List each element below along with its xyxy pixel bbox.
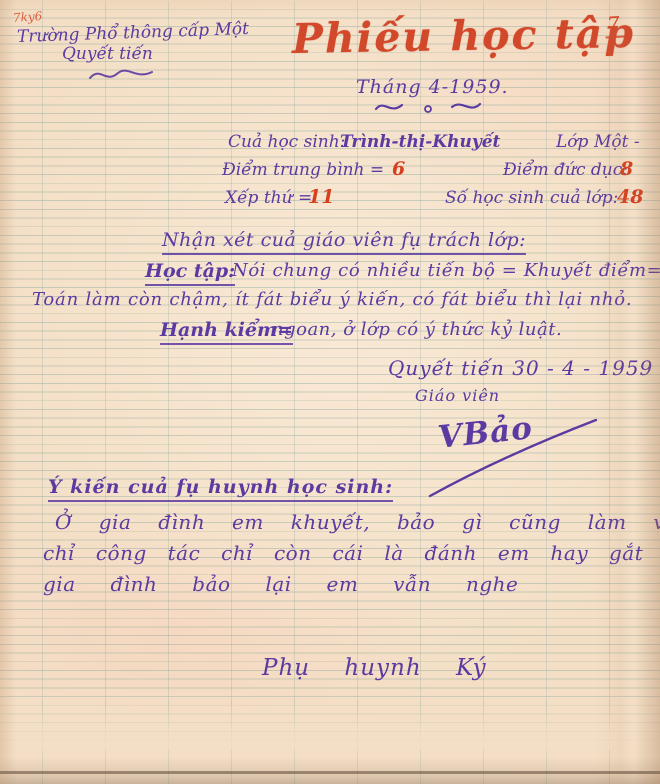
bottom-edge [0,771,660,774]
report-card-page: 7ky6 7 Trường Phổ thông cấp Một Quyết ti… [0,0,660,784]
scan-vignette [0,0,660,784]
